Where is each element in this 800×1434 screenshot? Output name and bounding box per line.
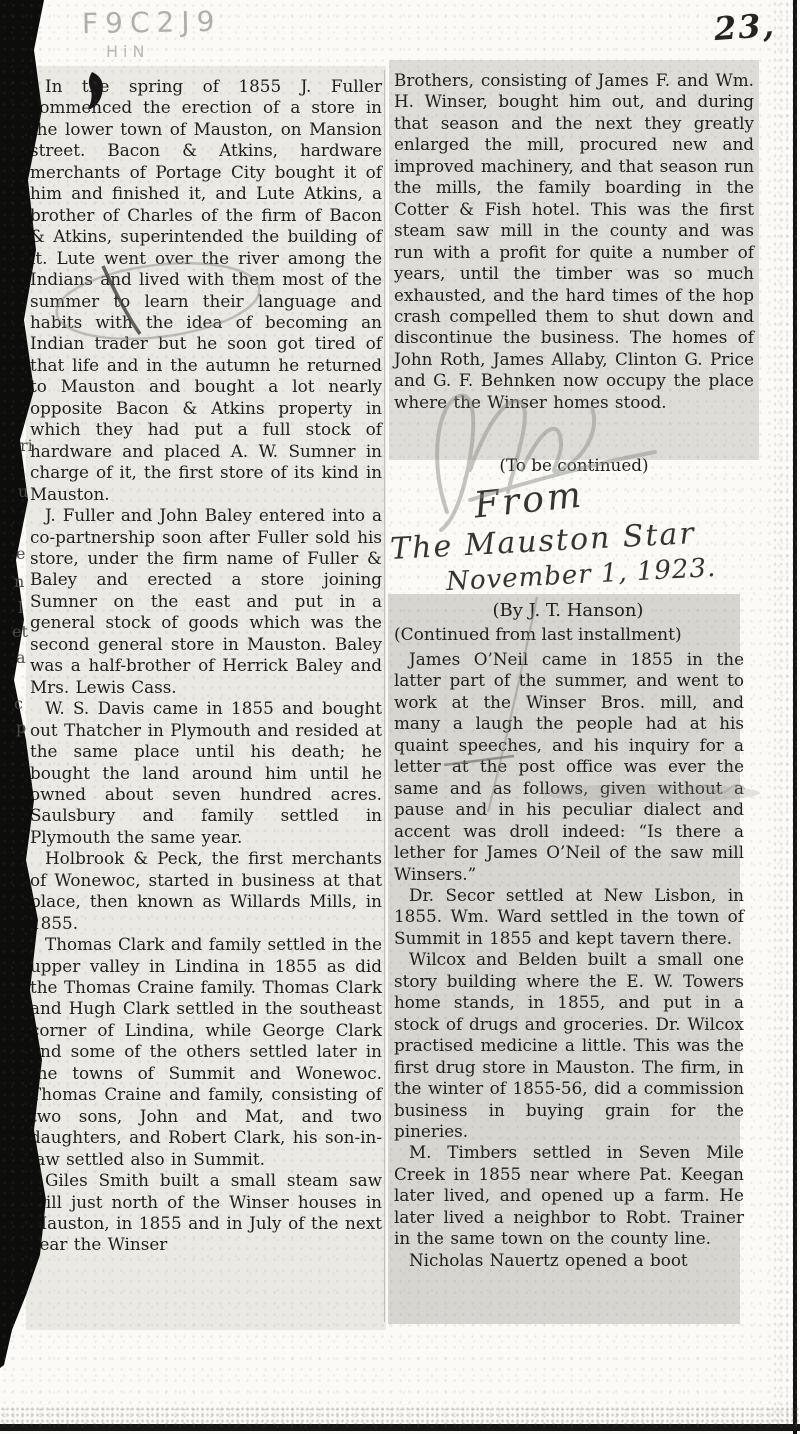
edge-letter-fragment: l bbox=[18, 598, 23, 617]
paragraph: Giles Smith built a small steam saw mill… bbox=[30, 1170, 382, 1256]
column-divider-rule bbox=[384, 70, 385, 1322]
archival-code-handwriting: F9C2J9 bbox=[82, 5, 222, 40]
edge-letter-fragment: c bbox=[14, 694, 23, 713]
to-be-continued-note: (To be continued) bbox=[394, 455, 754, 475]
archival-code-sub-handwriting: HiN bbox=[106, 42, 149, 61]
edge-letter-fragment: e bbox=[16, 544, 25, 563]
bottom-scan-border bbox=[0, 1424, 800, 1431]
continuation-note: (Continued from last installment) bbox=[394, 625, 754, 645]
article-byline: (By J. T. Hanson) bbox=[394, 600, 742, 621]
paragraph: Holbrook & Peck, the first merchants of … bbox=[30, 848, 382, 934]
paragraph: Thomas Clark and family settled in the u… bbox=[30, 934, 382, 1170]
column-2-top: Brothers, consisting of James F. and Wm.… bbox=[394, 70, 754, 413]
paragraph: In the spring of 1855 J. Fuller commence… bbox=[30, 76, 382, 505]
edge-letter-fragment: ri bbox=[20, 436, 33, 455]
page-number-handwriting: 23, bbox=[713, 6, 777, 48]
paragraph: Brothers, consisting of James F. and Wm.… bbox=[394, 70, 754, 413]
paragraph: Wilcox and Belden built a small one stor… bbox=[394, 949, 744, 1142]
paragraph: James O’Neil came in 1855 in the latter … bbox=[394, 649, 744, 885]
edge-letter-fragment: n bbox=[14, 572, 24, 591]
right-scan-speckle bbox=[772, 0, 793, 1434]
paragraph: J. Fuller and John Baley entered into a … bbox=[30, 505, 382, 698]
right-scan-border bbox=[793, 0, 797, 1434]
edge-letter-fragment: a bbox=[16, 648, 26, 667]
column-2-bottom: James O’Neil came in 1855 in the latter … bbox=[394, 649, 744, 1271]
edge-letter-fragment: u bbox=[18, 482, 28, 501]
column-1: In the spring of 1855 J. Fuller commence… bbox=[30, 76, 382, 1256]
bottom-scan-dust bbox=[0, 1406, 800, 1424]
newspaper-clipping-scan: F9C2J9 HiN 23, In the spring of 1855 J. … bbox=[0, 0, 800, 1434]
edge-letter-fragment: p bbox=[16, 718, 26, 737]
paragraph: M. Timbers settled in Seven Mile Creek i… bbox=[394, 1142, 744, 1249]
paragraph: Dr. Secor settled at New Lisbon, in 1855… bbox=[394, 885, 744, 949]
paragraph: Nicholas Nauertz opened a boot bbox=[394, 1250, 744, 1271]
handwritten-source-line: From bbox=[472, 474, 586, 526]
edge-letter-fragment: et bbox=[12, 622, 28, 641]
paragraph: W. S. Davis came in 1855 and bought out … bbox=[30, 698, 382, 848]
